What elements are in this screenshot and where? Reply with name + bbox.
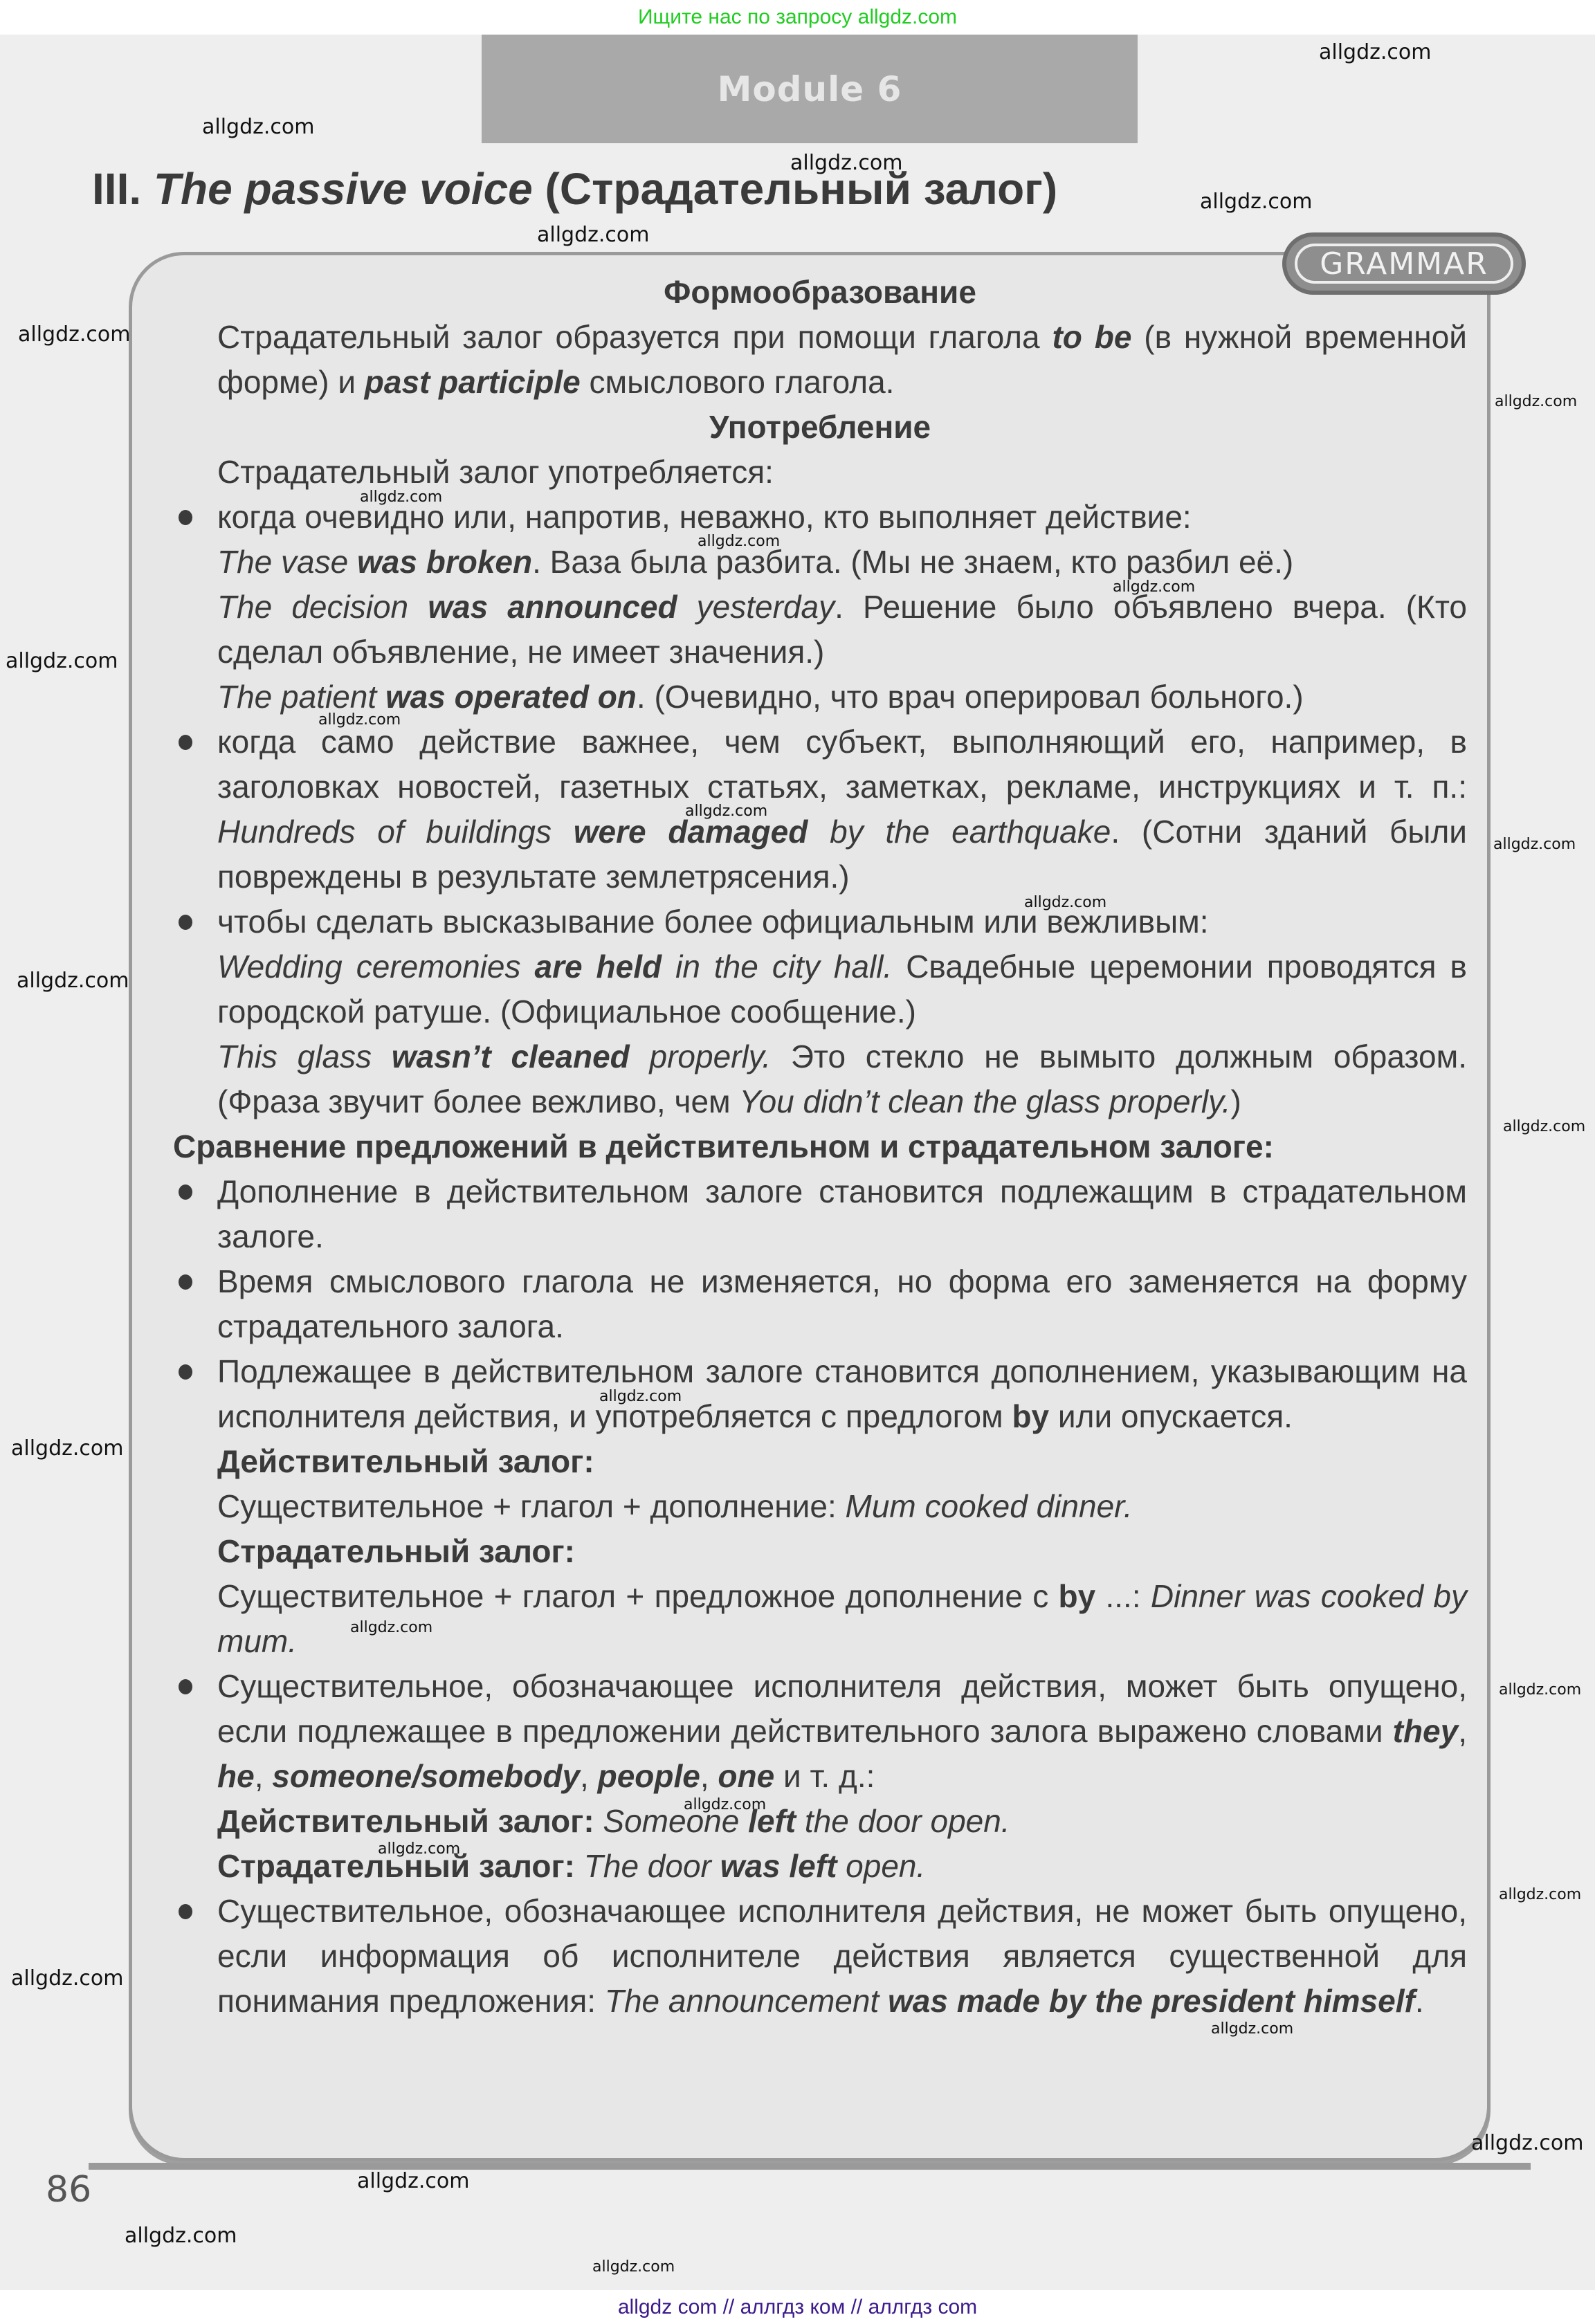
watermark: allgdz.com: [125, 2224, 237, 2248]
example-en: the door open.: [796, 1803, 1010, 1839]
watermark: allgdz.com: [1503, 1118, 1585, 1135]
comparison-bullet-2: Время смыслового глагола не изменяется, …: [173, 1259, 1467, 1349]
watermark: allgdz.com: [1495, 393, 1577, 410]
watermark: allgdz.com: [17, 969, 129, 993]
top-search-banner: Ищите нас по запросу allgdz.com: [0, 0, 1595, 35]
watermark: allgdz.com: [1211, 2020, 1293, 2038]
example-en: by the earthquake: [808, 814, 1111, 850]
watermark: allgdz.com: [18, 322, 131, 347]
example-en: The door: [575, 1848, 720, 1884]
example-verb: was operated on: [385, 679, 637, 715]
watermark: allgdz.com: [318, 711, 401, 729]
active-voice-label: Действительный залог:: [217, 1803, 594, 1839]
formula-text: Существительное + глагол + предложное до…: [217, 1578, 1059, 1614]
comparison-heading: Сравнение предложений в действительном и…: [173, 1124, 1467, 1169]
term: one: [718, 1758, 774, 1794]
example-verb: was announced: [428, 589, 677, 625]
watermark: allgdz.com: [1319, 40, 1432, 64]
example-en: The patient: [217, 679, 385, 715]
formation-heading: Формообразование: [173, 270, 1467, 315]
example-en: The decision: [217, 589, 428, 625]
example-en: Wedding ceremonies: [217, 949, 534, 985]
page-number: 86: [46, 2169, 91, 2211]
watermark: allgdz.com: [1499, 1681, 1581, 1699]
watermark: allgdz.com: [685, 803, 767, 820]
watermark: allgdz.com: [537, 223, 650, 247]
sep: ,: [255, 1758, 273, 1794]
watermark: allgdz.com: [1200, 190, 1313, 214]
example-verb: wasn’t cleaned: [392, 1039, 630, 1074]
bullet-text: и т. д.:: [774, 1758, 875, 1794]
active-voice-label: Действительный залог:: [173, 1439, 1467, 1484]
term-by: by: [1059, 1578, 1096, 1614]
bullet-text: когда само действие важнее, чем субъект,…: [217, 724, 1467, 805]
sep: ,: [1458, 1713, 1467, 1749]
page-title: III. The passive voice (Страдательный за…: [92, 163, 1057, 214]
term-by: by: [1012, 1398, 1049, 1434]
formula-text: ...:: [1095, 1578, 1151, 1614]
title-english: The passive voice: [154, 164, 533, 214]
watermark: allgdz.com: [11, 1436, 124, 1461]
example-ru: . Ваза была разбита. (Мы не знаем, кто р…: [532, 544, 1293, 580]
formula-text: Существительное + глагол + дополнение:: [217, 1488, 846, 1524]
watermark: allgdz.com: [360, 488, 442, 506]
usage-bullet-2: когда само действие важнее, чем субъект,…: [173, 720, 1467, 899]
watermark: allgdz.com: [1024, 894, 1106, 911]
active-voice-formula: Существительное + глагол + дополнение: M…: [173, 1484, 1467, 1529]
omit-agent-bullet: Существительное, обозначающее исполнител…: [173, 1664, 1467, 1889]
watermark: allgdz.com: [378, 1840, 460, 1858]
text: смыслового глагола.: [581, 364, 895, 400]
example-verb: was made by the president himself: [888, 1983, 1415, 2019]
bullet-text: или опускается.: [1049, 1398, 1293, 1434]
example-ru: . (Очевидно, что врач оперировал больног…: [637, 679, 1304, 715]
watermark: allgdz.com: [592, 2258, 675, 2276]
watermark: allgdz.com: [202, 115, 315, 139]
example-en: You didn’t clean the glass properly.: [739, 1083, 1230, 1119]
example-verb: are held: [534, 949, 662, 985]
grammar-content: Формообразование Страдательный залог обр…: [173, 270, 1467, 2024]
comparison-bullet-1: Дополнение в действительном залоге стано…: [173, 1169, 1467, 1259]
usage-heading: Употребление: [173, 405, 1467, 450]
example-en: The vase: [217, 544, 357, 580]
watermark: allgdz.com: [11, 1966, 124, 1991]
watermark: allgdz.com: [1471, 2131, 1584, 2155]
example-verb: was left: [720, 1848, 837, 1884]
term: he: [217, 1758, 255, 1794]
watermark: allgdz.com: [1493, 836, 1576, 853]
term: they: [1393, 1713, 1459, 1749]
usage-bullet-3: чтобы сделать высказывание более официал…: [173, 899, 1467, 1124]
watermark: allgdz.com: [1113, 578, 1195, 596]
watermark: allgdz.com: [698, 533, 780, 550]
term-to-be: to be: [1052, 319, 1131, 355]
watermark: allgdz.com: [357, 2169, 470, 2193]
example-ru: ): [1231, 1083, 1241, 1119]
title-number: III.: [92, 164, 141, 214]
module-label: Module 6: [718, 69, 902, 109]
example-en: in the city hall.: [662, 949, 892, 985]
comparison-bullet-3: Подлежащее в действительном залоге стано…: [173, 1349, 1467, 1439]
text: Страдательный залог образуется при помощ…: [217, 319, 1052, 355]
example-en: properly.: [630, 1039, 771, 1074]
example-en: Hundreds of buildings: [217, 814, 574, 850]
bottom-rule: [89, 2163, 1531, 2170]
example-en: This glass: [217, 1039, 392, 1074]
bullet-text: Существительное, обозначающее исполнител…: [217, 1668, 1467, 1749]
sep: ,: [580, 1758, 598, 1794]
module-header: Module 6: [482, 35, 1138, 143]
term: people: [598, 1758, 700, 1794]
usage-bullet-1: когда очевидно или, напротив, неважно, к…: [173, 495, 1467, 720]
punct: .: [1415, 1983, 1424, 2019]
term: someone/somebody: [272, 1758, 580, 1794]
example-verb: was broken: [357, 544, 532, 580]
watermark: allgdz.com: [1499, 1886, 1581, 1903]
watermark: allgdz.com: [790, 151, 903, 175]
example-en: open.: [837, 1848, 925, 1884]
example-en: The announcement: [605, 1983, 888, 2019]
sep: ,: [700, 1758, 718, 1794]
watermark: allgdz.com: [6, 649, 118, 673]
formation-text: Страдательный залог образуется при помощ…: [173, 315, 1467, 405]
bottom-banner: allgdz com // аллгдз ком // аллгдз com: [0, 2290, 1595, 2324]
watermark: allgdz.com: [684, 1796, 766, 1813]
watermark: allgdz.com: [350, 1619, 432, 1636]
keep-agent-bullet: Существительное, обозначающее исполнител…: [173, 1889, 1467, 2024]
term-past-participle: past participle: [365, 364, 581, 400]
example-en: yesterday: [677, 589, 835, 625]
example-en: Mum cooked dinner.: [846, 1488, 1133, 1524]
watermark: allgdz.com: [599, 1388, 682, 1405]
passive-voice-label: Страдательный залог:: [173, 1529, 1467, 1574]
